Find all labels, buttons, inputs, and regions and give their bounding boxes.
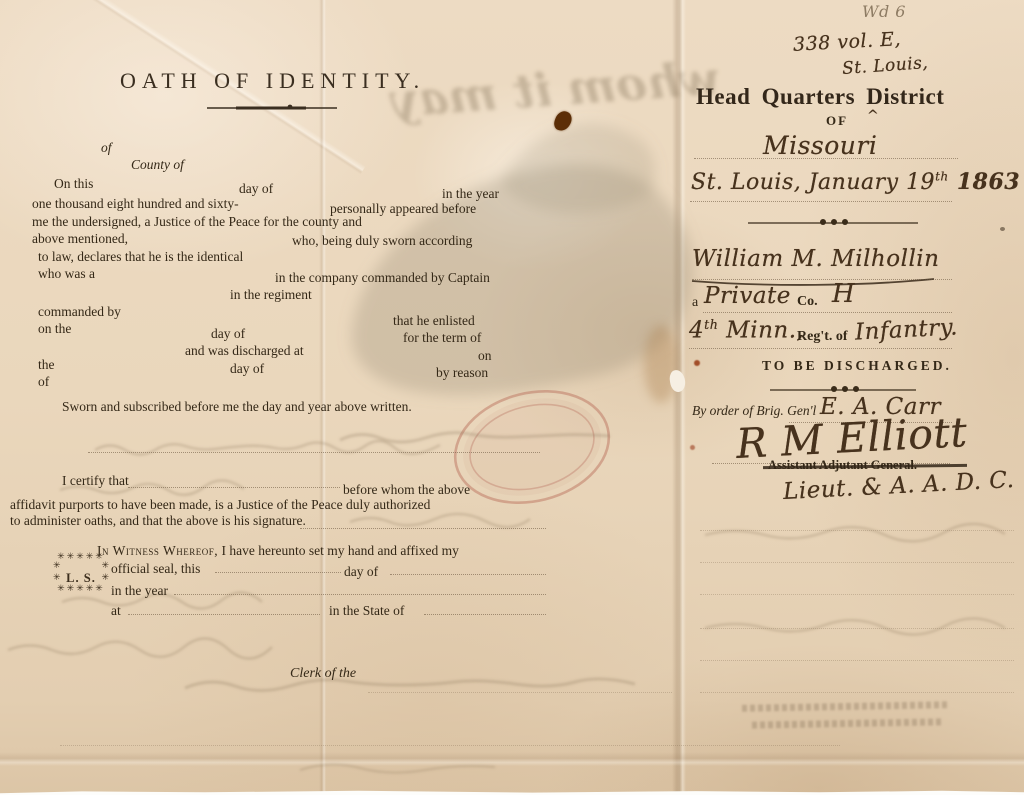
rust-spot — [694, 360, 700, 366]
form-text-term-of: for the term of — [403, 330, 481, 346]
dotted-blank-line — [703, 312, 952, 313]
fold-crease-bottom — [0, 752, 1024, 766]
form-text-commanded-by: commanded by — [38, 304, 121, 320]
form-text-on-this: On this — [54, 176, 93, 192]
regt-num: 4 — [689, 318, 704, 344]
form-text-sworn-written: Sworn and subscribed before me the day a… — [62, 399, 412, 415]
dotted-blank-line — [390, 574, 546, 575]
date-main: St. Louis, January 19 — [691, 170, 935, 195]
fold-crease-center — [672, 0, 686, 795]
date-hand: St. Louis, January 19th 1863 — [691, 169, 1020, 195]
dotted-blank-line — [368, 692, 672, 693]
form-text-day-of: day of — [239, 181, 273, 197]
date-superscript: th — [935, 170, 949, 184]
form-text-in-state-of: in the State of — [329, 603, 404, 619]
dotted-blank-line — [689, 348, 952, 349]
state-hand: Missouri — [763, 131, 877, 160]
seal-border-side: ✳ — [53, 562, 61, 571]
label-regt-of: Reg't. of — [797, 329, 848, 345]
form-text-discharged-at: and was discharged at — [185, 343, 304, 359]
dotted-blank-line — [700, 594, 1014, 595]
dotted-blank-line — [690, 201, 952, 202]
dotted-blank-line — [60, 745, 840, 746]
form-text-witness: In Witness Whereof, I have hereunto set … — [97, 543, 459, 559]
form-text-duly-sworn: who, being duly sworn according — [292, 233, 472, 249]
dotted-blank-line — [692, 279, 952, 280]
seal-border-side: ✳ — [101, 562, 109, 571]
form-text-by-reason: by reason — [436, 365, 488, 381]
form-text-affidavit: affidavit purports to have been made, is… — [10, 497, 430, 513]
pencil-note: Wd 6 — [862, 2, 906, 21]
branch-hand: Infantry. — [854, 314, 958, 345]
form-text-above-mentioned: above mentioned, — [32, 231, 128, 247]
ink-speck — [1000, 227, 1005, 231]
form-text-of-b: of — [38, 374, 49, 390]
form-text-at: at — [111, 603, 121, 619]
form-text-in-the-year-b: in the year — [111, 583, 168, 599]
form-text-witness-whereof: In Witness Whereof, — [97, 543, 218, 558]
seal-border-side: ✳ — [101, 574, 109, 583]
form-text-of: of — [101, 140, 112, 156]
headquarters-heading: Head Quarters District — [696, 84, 944, 110]
seal-border-side: ✳ — [53, 574, 61, 583]
dotted-blank-line — [700, 628, 1014, 629]
dotted-blank-line — [700, 692, 1014, 693]
company-hand: H — [832, 279, 855, 309]
to-be-discharged: TO BE DISCHARGED. — [762, 358, 952, 374]
rank-hand: Private — [704, 283, 791, 309]
form-title: OATH OF IDENTITY. — [120, 68, 425, 94]
document-scan: whom it may OATH OF IDENTITY. of County … — [0, 0, 1024, 795]
dotted-blank-line — [128, 487, 340, 488]
form-text-undersigned: me the undersigned, a Justice of the Pea… — [32, 214, 362, 230]
form-text-in-the-regiment: in the regiment — [230, 287, 312, 303]
seal-border-bottom: ✳✳✳✳✳ — [52, 585, 110, 594]
form-text-day-of-c: day of — [230, 361, 264, 377]
form-text-day-of-d: day of — [344, 564, 378, 580]
rust-spot — [690, 445, 695, 450]
form-text-county-of: County of — [131, 157, 184, 173]
form-text-witness-rest: I have hereunto set my hand and affixed … — [218, 543, 459, 558]
date-year: 1863 — [949, 169, 1020, 195]
dotted-blank-line — [300, 528, 546, 529]
dotted-blank-line — [700, 562, 1014, 563]
form-text-official-seal: official seal, this — [111, 561, 200, 577]
form-text-that-he-enlisted: that he enlisted — [393, 313, 475, 329]
form-text-i-certify: I certify that — [62, 473, 129, 489]
label-co: Co. — [797, 294, 818, 310]
form-text-administer: to administer oaths, and that the above … — [10, 513, 306, 529]
dotted-blank-line — [128, 614, 320, 615]
dotted-blank-line — [174, 594, 546, 595]
dotted-blank-line — [700, 660, 1014, 661]
form-text-sixty: one thousand eight hundred and sixty- — [32, 196, 239, 212]
soldier-name-hand: William M. Milhollin — [692, 246, 939, 272]
insert-caret: ^ — [867, 108, 879, 124]
dotted-blank-line — [424, 614, 546, 615]
dotted-blank-line — [88, 452, 540, 453]
form-text-the: the — [38, 357, 55, 373]
form-text-company-captain: in the company commanded by Captain — [275, 270, 490, 286]
form-text-on: on — [478, 348, 492, 364]
dotted-blank-line — [694, 158, 958, 159]
regt-state: Minn., — [718, 318, 804, 344]
form-text-declares: to law, declares that he is the identica… — [38, 249, 243, 265]
brown-smudge-stain — [644, 325, 678, 403]
regt-superscript: th — [704, 317, 718, 332]
headquarters-of: OF — [826, 113, 848, 129]
ls-seal-box: ✳✳✳✳✳ ✳ ✳ ✳ L. S. ✳ ✳✳✳✳✳ — [52, 553, 110, 594]
form-text-before-whom: before whom the above — [343, 482, 470, 498]
form-text-who-was-a: who was a — [38, 266, 95, 282]
form-text-in-the-year: in the year — [442, 186, 499, 202]
label-a: a — [692, 295, 698, 311]
form-text-on-the: on the — [38, 321, 71, 337]
form-text-day-of-b: day of — [211, 326, 245, 342]
regiment-number-hand: 4th Minn., — [689, 317, 804, 344]
dotted-blank-line — [215, 572, 341, 573]
form-text-clerk: Clerk of the — [290, 666, 356, 682]
dotted-blank-line — [700, 530, 1014, 531]
